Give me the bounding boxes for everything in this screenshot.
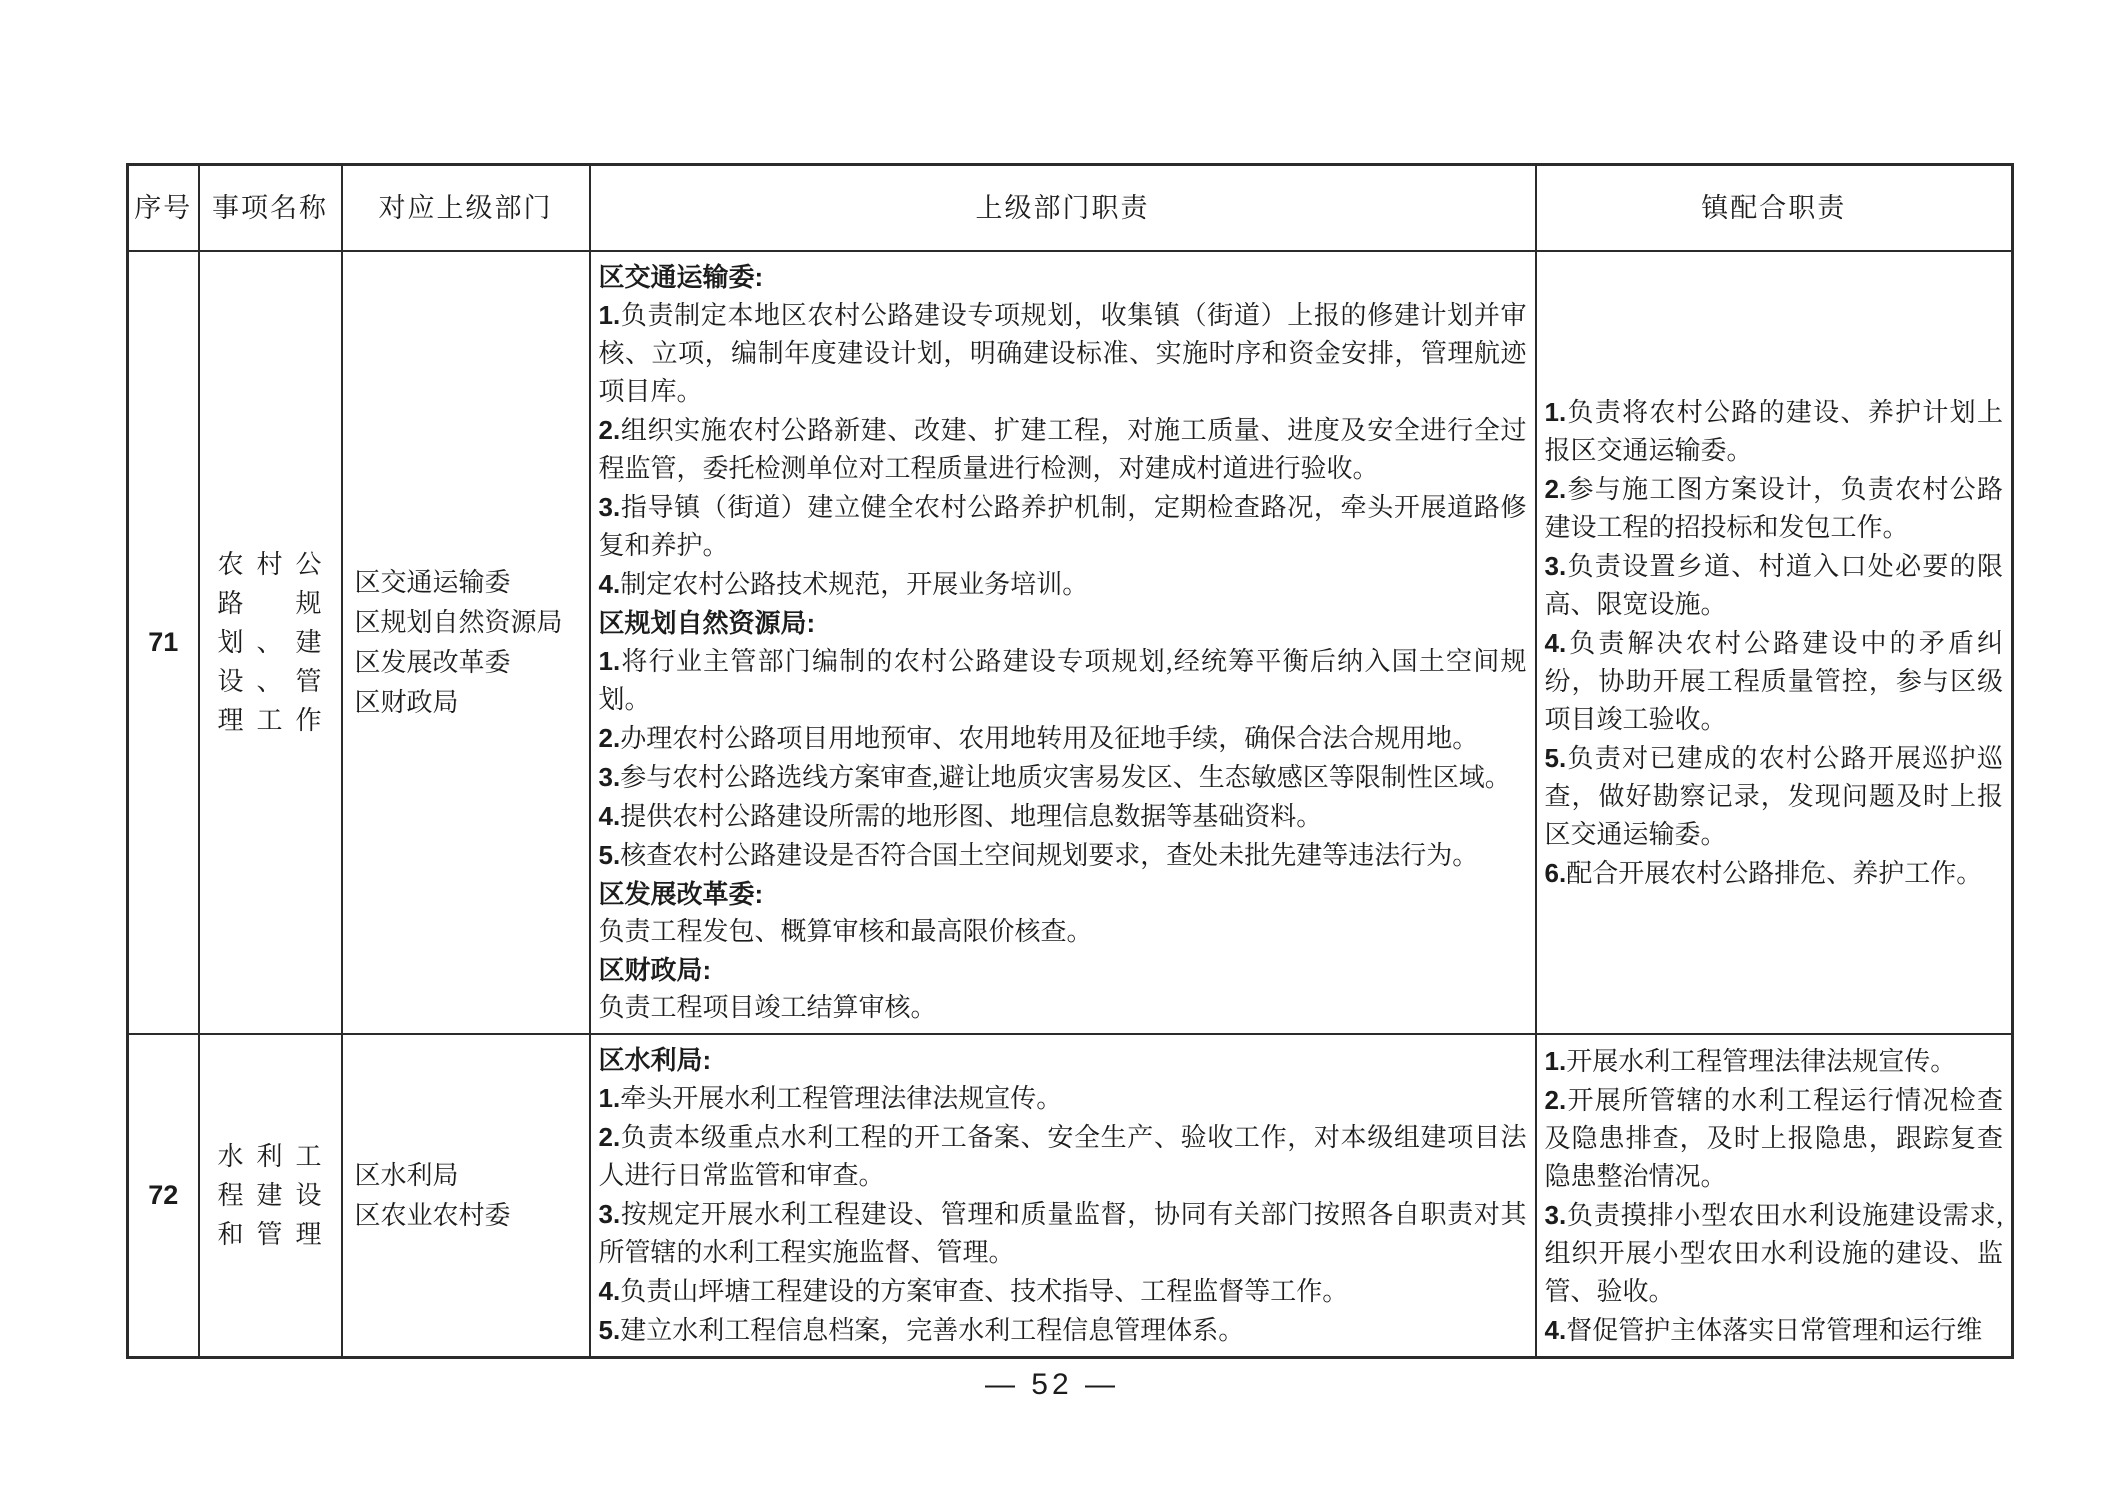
- duty-item-number: 2.: [599, 1122, 621, 1152]
- duty-paragraph: 2.组织实施农村公路新建、改建、扩建工程，对施工质量、进度及安全进行全过程监管，…: [599, 411, 1527, 488]
- item-name-cell: 水利工程建设和管理: [199, 1034, 342, 1358]
- column-header-4: 镇配合职责: [1536, 165, 2013, 252]
- duty-paragraph: 5.核查农村公路建设是否符合国土空间规划要求，查处未批先建等违法行为。: [599, 836, 1527, 875]
- table-row: 72水利工程建设和管理区水利局区农业农村委区水利局:1.牵头开展水利工程管理法律…: [128, 1034, 2013, 1358]
- duty-item-number: 6.: [1545, 858, 1567, 888]
- column-header-1: 事项名称: [199, 165, 342, 252]
- duty-item-number: 2.: [599, 415, 621, 445]
- superior-duties-cell: 区水利局:1.牵头开展水利工程管理法律法规宣传。2.负责本级重点水利工程的开工备…: [590, 1034, 1536, 1358]
- duty-section-heading: 区规划自然资源局:: [599, 604, 1527, 642]
- row-number: 71: [148, 627, 178, 658]
- duty-item-number: 3.: [1545, 551, 1567, 581]
- duty-item-number: 4.: [599, 801, 621, 831]
- duty-paragraph: 4.督促管护主体落实日常管理和运行维: [1545, 1311, 2004, 1350]
- page-number: — 52 —: [0, 1368, 2104, 1402]
- duty-item-number: 5.: [1545, 743, 1567, 773]
- duty-paragraph: 3.负责设置乡道、村道入口处必要的限高、限宽设施。: [1545, 547, 2004, 624]
- duty-section-heading: 区水利局:: [599, 1041, 1527, 1079]
- duty-paragraph: 5.负责对已建成的农村公路开展巡护巡查，做好勘察记录，发现问题及时上报区交通运输…: [1545, 739, 2004, 854]
- duty-paragraph: 4.负责山坪塘工程建设的方案审查、技术指导、工程监督等工作。: [599, 1272, 1527, 1311]
- column-header-label: 序号: [134, 191, 192, 225]
- duty-paragraph: 4.负责解决农村公路建设中的矛盾纠纷，协助开展工程质量管控，参与区级项目竣工验收…: [1545, 624, 2004, 739]
- duty-item-number: 1.: [599, 300, 621, 330]
- department-name: 区规划自然资源局: [355, 603, 579, 643]
- department-name: 区财政局: [355, 683, 579, 723]
- duty-item-number: 5.: [599, 840, 621, 870]
- duty-item-number: 1.: [1545, 1046, 1567, 1076]
- department-name: 区交通运输委: [355, 563, 579, 603]
- duty-item-number: 1.: [599, 646, 621, 676]
- duty-section-heading: 区财政局:: [599, 951, 1527, 989]
- duty-item-number: 5.: [599, 1315, 621, 1345]
- duty-paragraph: 1.将行业主管部门编制的农村公路建设专项规划,经统筹平衡后纳入国土空间规划。: [599, 642, 1527, 719]
- duty-item-number: 3.: [599, 762, 621, 792]
- duty-item-number: 4.: [599, 1276, 621, 1306]
- duty-paragraph: 2.开展所管辖的水利工程运行情况检查及隐患排查，及时上报隐患，跟踪复查隐患整治情…: [1545, 1081, 2004, 1196]
- duty-paragraph: 4.提供农村公路建设所需的地形图、地理信息数据等基础资料。: [599, 797, 1527, 836]
- table-row: 71农村公路规划、建设、管理工作区交通运输委区规划自然资源局区发展改革委区财政局…: [128, 251, 2013, 1034]
- duty-paragraph: 2.负责本级重点水利工程的开工备案、安全生产、验收工作，对本级组建项目法人进行日…: [599, 1118, 1527, 1195]
- duty-paragraph: 3.指导镇（街道）建立健全农村公路养护机制，定期检查路况，牵头开展道路修复和养护…: [599, 488, 1527, 565]
- column-header-0: 序号: [128, 165, 199, 252]
- column-header-label: 事项名称: [212, 191, 328, 225]
- duty-item-number: 2.: [599, 723, 621, 753]
- column-header-label: 上级部门职责: [976, 191, 1150, 225]
- town-duties-cell: 1.负责将农村公路的建设、养护计划上报区交通运输委。2.参与施工图方案设计，负责…: [1536, 251, 2013, 1034]
- duty-paragraph: 4.制定农村公路技术规范，开展业务培训。: [599, 565, 1527, 604]
- duty-item-number: 2.: [1545, 474, 1567, 504]
- duty-item-number: 4.: [1545, 1315, 1567, 1345]
- town-duties-cell: 1.开展水利工程管理法律法规宣传。2.开展所管辖的水利工程运行情况检查及隐患排查…: [1536, 1034, 2013, 1358]
- column-header-label: 对应上级部门: [379, 191, 553, 225]
- item-name-cell: 农村公路规划、建设、管理工作: [199, 251, 342, 1034]
- department-name: 区农业农村委: [355, 1196, 579, 1236]
- row-number: 72: [148, 1180, 178, 1211]
- department-name: 区水利局: [355, 1156, 579, 1196]
- duty-section-heading: 区交通运输委:: [599, 258, 1527, 296]
- duty-paragraph: 3.负责摸排小型农田水利设施建设需求,组织开展小型农田水利设施的建设、监管、验收…: [1545, 1196, 2004, 1311]
- duty-item-number: 4.: [1545, 628, 1567, 658]
- duty-item-number: 2.: [1545, 1085, 1567, 1115]
- row-number-cell: 71: [128, 251, 199, 1034]
- item-name: 农村公路规划、建设、管理工作: [218, 545, 323, 740]
- column-header-3: 上级部门职责: [590, 165, 1536, 252]
- departments-cell: 区水利局区农业农村委: [342, 1034, 590, 1358]
- duty-item-number: 1.: [599, 1083, 621, 1113]
- duty-paragraph: 3.按规定开展水利工程建设、管理和质量监督，协同有关部门按照各自职责对其所管辖的…: [599, 1195, 1527, 1272]
- duty-paragraph: 2.办理农村公路项目用地预审、农用地转用及征地手续，确保合法合规用地。: [599, 719, 1527, 758]
- duty-paragraph: 1.负责制定本地区农村公路建设专项规划，收集镇（街道）上报的修建计划并审核、立项…: [599, 296, 1527, 411]
- duty-paragraph: 5.建立水利工程信息档案，完善水利工程信息管理体系。: [599, 1311, 1527, 1350]
- duty-paragraph: 1.负责将农村公路的建设、养护计划上报区交通运输委。: [1545, 393, 2004, 470]
- duty-paragraph: 3.参与农村公路选线方案审查,避让地质灾害易发区、生态敏感区等限制性区域。: [599, 758, 1527, 797]
- duty-item-number: 3.: [599, 492, 621, 522]
- duty-paragraph: 2.参与施工图方案设计，负责农村公路建设工程的招投标和发包工作。: [1545, 470, 2004, 547]
- duty-paragraph: 负责工程发包、概算审核和最高限价核查。: [599, 913, 1527, 951]
- duty-item-number: 3.: [1545, 1200, 1567, 1230]
- duty-item-number: 3.: [599, 1199, 621, 1229]
- department-name: 区发展改革委: [355, 643, 579, 683]
- responsibility-matrix-table: 序号事项名称对应上级部门上级部门职责镇配合职责 71农村公路规划、建设、管理工作…: [126, 163, 2014, 1359]
- duty-paragraph: 6.配合开展农村公路排危、养护工作。: [1545, 854, 2004, 893]
- item-name: 水利工程建设和管理: [218, 1137, 323, 1254]
- duty-item-number: 4.: [599, 569, 621, 599]
- table-header-row: 序号事项名称对应上级部门上级部门职责镇配合职责: [128, 165, 2013, 252]
- column-header-2: 对应上级部门: [342, 165, 590, 252]
- duty-section-heading: 区发展改革委:: [599, 875, 1527, 913]
- superior-duties-cell: 区交通运输委:1.负责制定本地区农村公路建设专项规划，收集镇（街道）上报的修建计…: [590, 251, 1536, 1034]
- duty-paragraph: 1.牵头开展水利工程管理法律法规宣传。: [599, 1079, 1527, 1118]
- row-number-cell: 72: [128, 1034, 199, 1358]
- duty-paragraph: 负责工程项目竣工结算审核。: [599, 989, 1527, 1027]
- duty-paragraph: 1.开展水利工程管理法律法规宣传。: [1545, 1042, 2004, 1081]
- document-page: 序号事项名称对应上级部门上级部门职责镇配合职责 71农村公路规划、建设、管理工作…: [0, 0, 2104, 1488]
- departments-cell: 区交通运输委区规划自然资源局区发展改革委区财政局: [342, 251, 590, 1034]
- duty-item-number: 1.: [1545, 397, 1567, 427]
- column-header-label: 镇配合职责: [1701, 191, 1846, 225]
